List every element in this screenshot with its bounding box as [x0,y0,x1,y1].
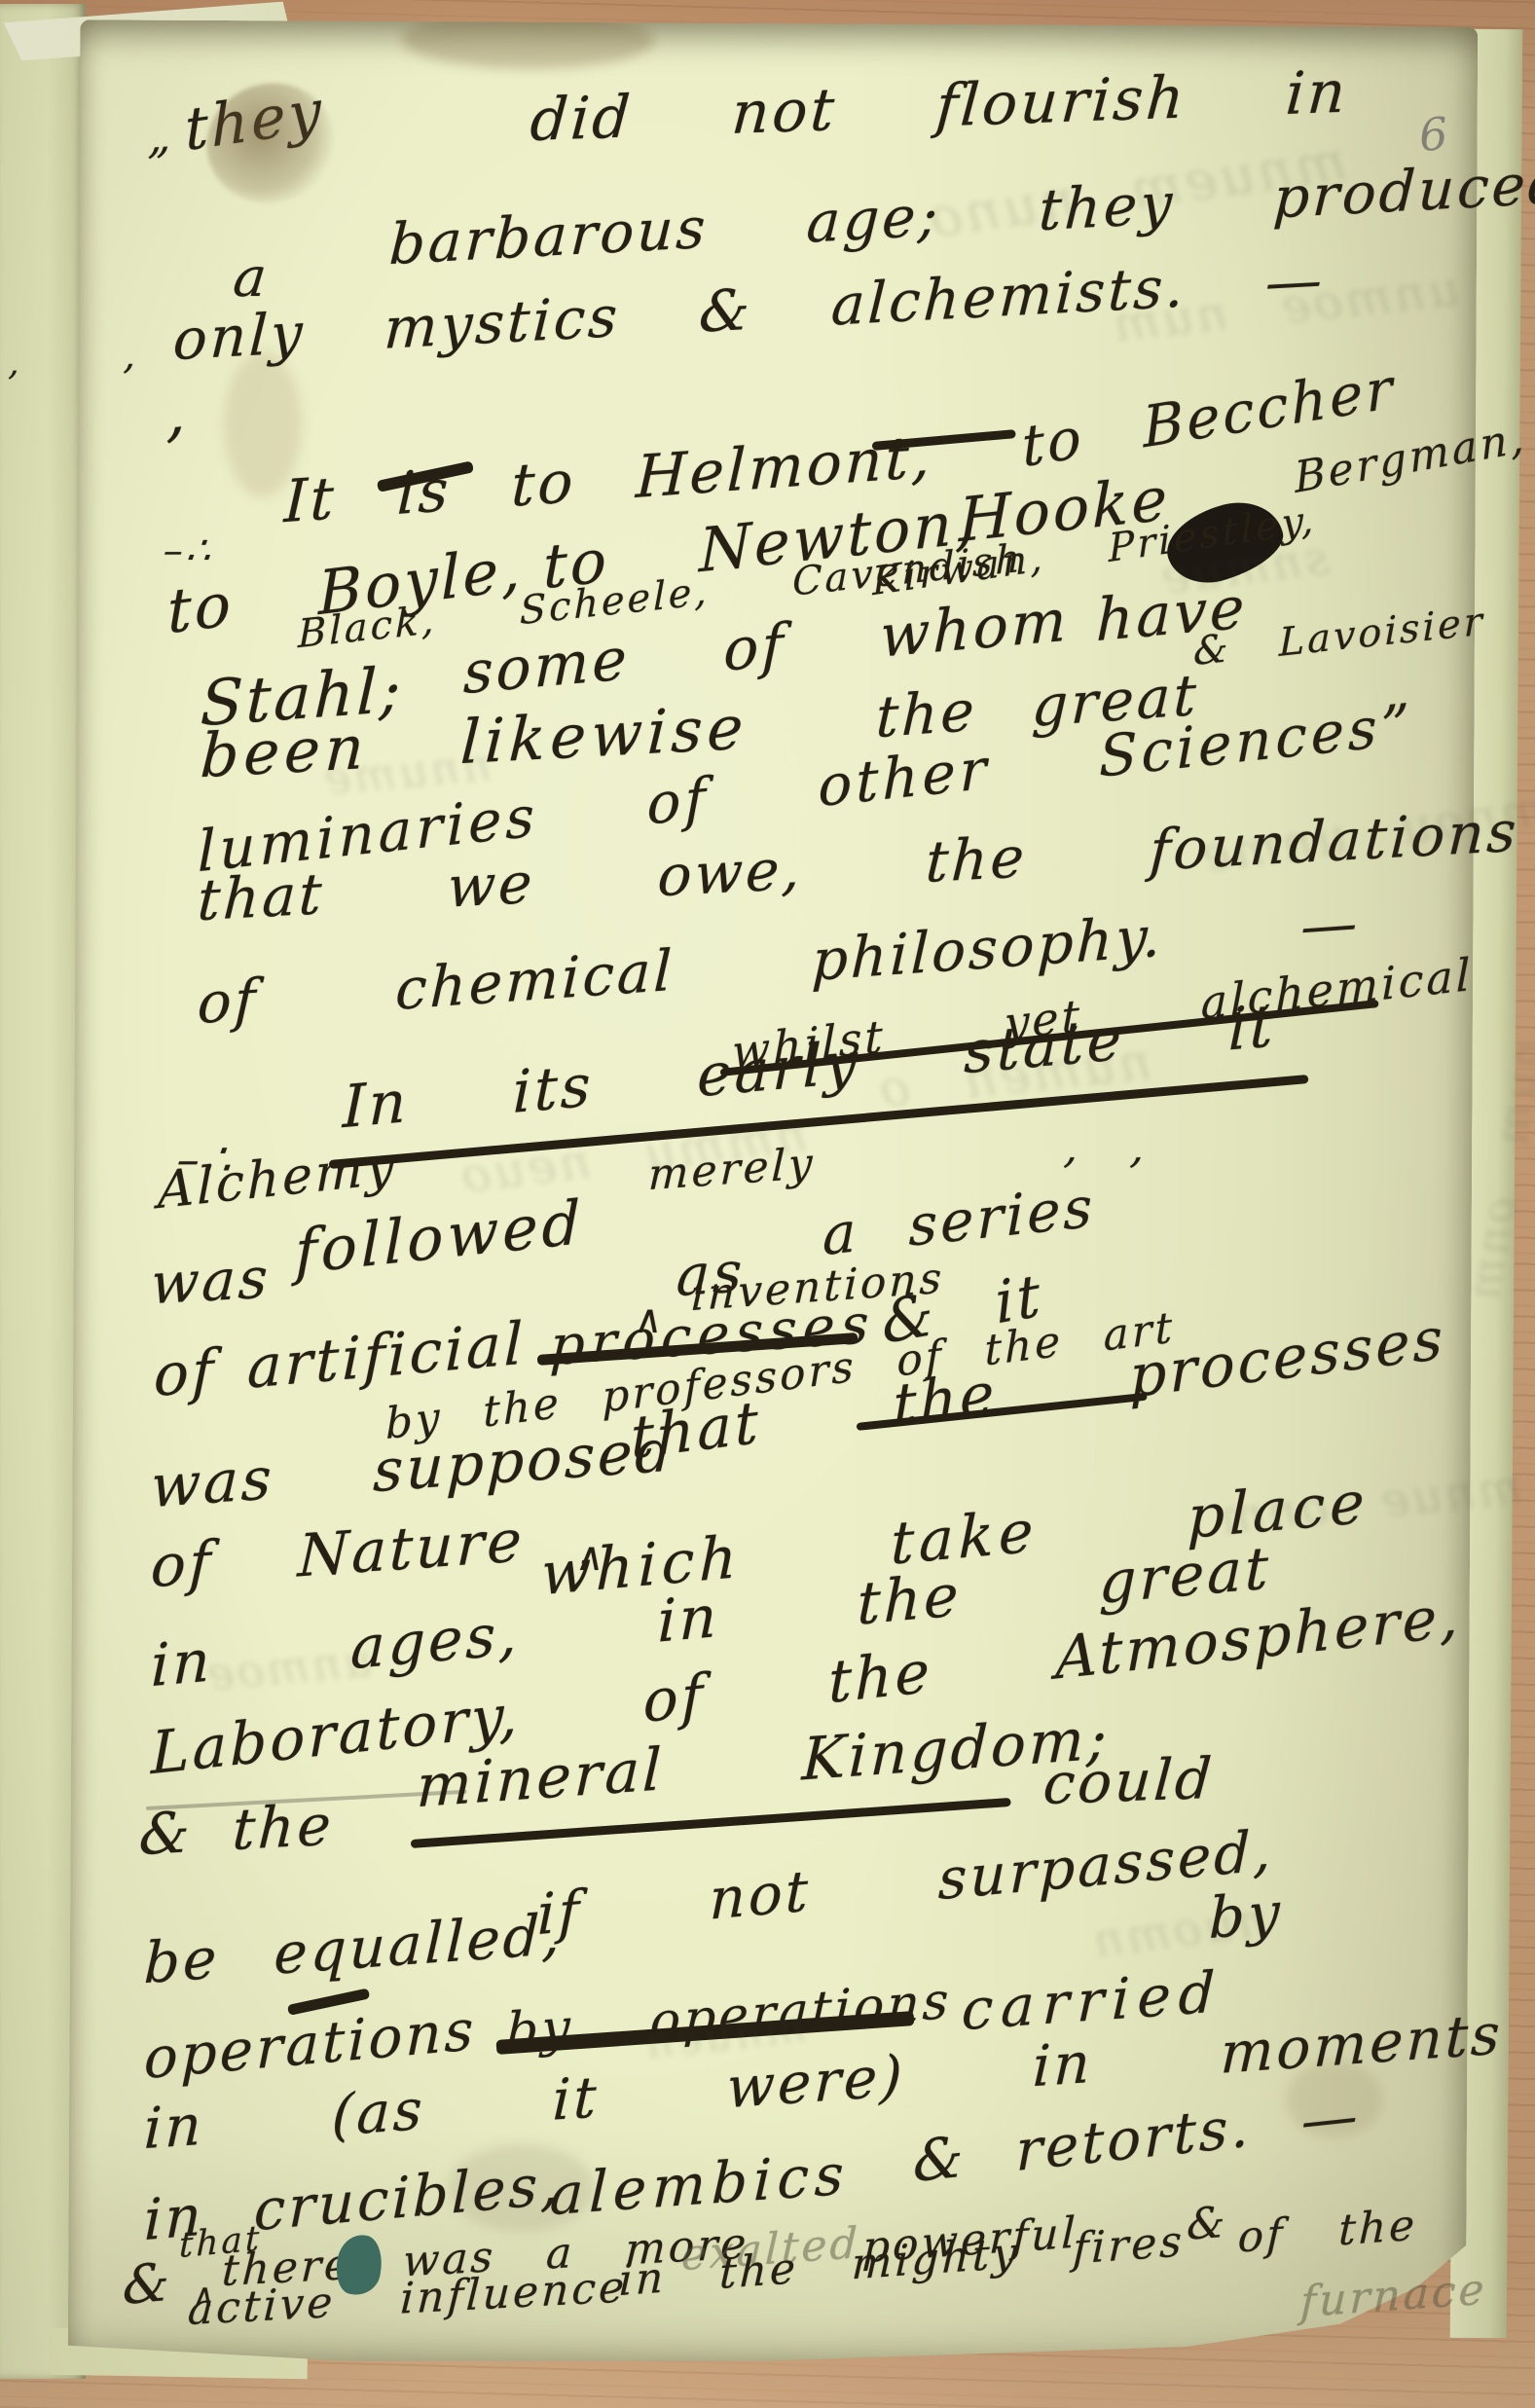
ink-bleed-ghost: num onm [1460,1036,1535,1305]
manuscript-photo: 6 „theydid not flourish inabarbarous age… [0,0,1535,2408]
line24-amp: & [123,2255,173,2313]
line13-series: a series [822,1178,1095,1263]
opening-quote: „ [147,113,174,160]
ink-bleed-ghost: mnue onm [1215,1464,1524,1543]
line11-marks: , , [1063,1127,1151,1170]
ink-smudge [191,67,349,220]
line19-could: could [1042,1750,1216,1812]
line13-was: was [149,1249,272,1312]
margin-tick-left: ’ [4,368,21,403]
line15-a: was supposed [150,1421,676,1516]
handwriting-layer: 6 „theydid not flourish inabarbarous age… [0,0,1535,2408]
ink-bleed-ghost: nnume [319,742,493,801]
page-number: 6 [1417,111,1451,158]
line23-b: alembics [549,2145,851,2223]
line16-a: of Nature [150,1512,526,1596]
line1-rest: did not flourish in [529,63,1350,151]
margin-tick: ’ [119,360,138,399]
line2-a: a [231,251,272,306]
line20-a: be equalled, [143,1906,564,1991]
line4-mark: –∴ [162,531,216,570]
line13-followed: followed [295,1192,584,1284]
line25-faint: furnace [1299,2269,1487,2325]
ink-bleed-ghost: unmoe [202,1638,374,1697]
ink-bleed-ghost: nuomn [1088,1897,1270,1965]
line19-a: & the [137,1796,335,1863]
line21-a: operations [143,2001,476,2087]
margin-mark: ‚ [165,381,188,446]
